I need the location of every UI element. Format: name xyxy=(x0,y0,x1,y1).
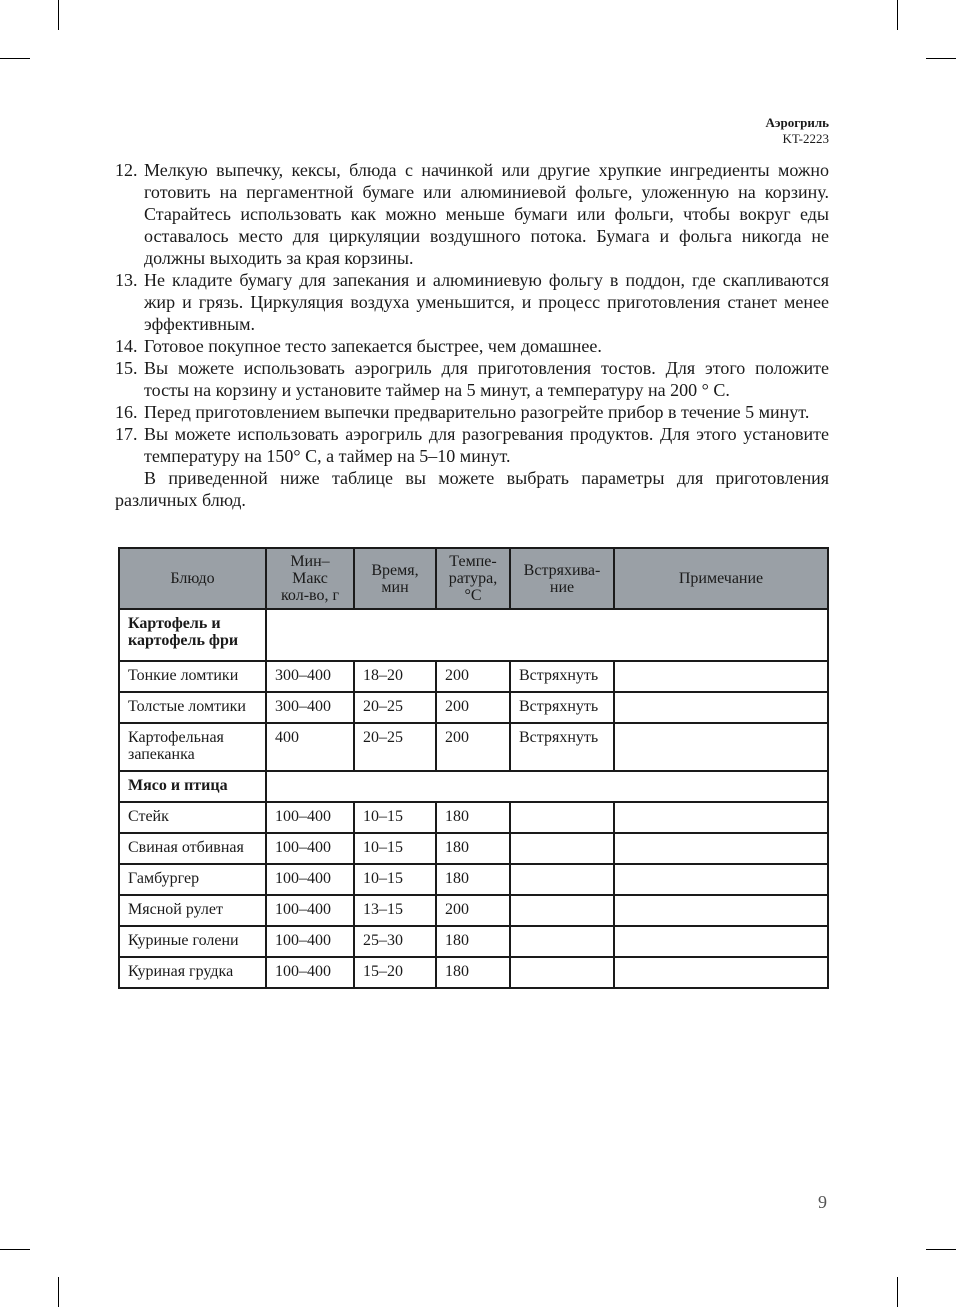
cell-dish: Стейк xyxy=(119,802,266,833)
cell-shake xyxy=(510,895,614,926)
cell-time: 10–15 xyxy=(354,864,436,895)
cell-amount: 100–400 xyxy=(266,926,354,957)
table-row: Толстые ломтики300–40020–25200Встряхнуть xyxy=(119,692,828,723)
table-row: Свиная отбивная100–40010–15180 xyxy=(119,833,828,864)
cell-note xyxy=(614,802,828,833)
crop-mark xyxy=(926,1249,956,1250)
table-row: Стейк100–40010–15180 xyxy=(119,802,828,833)
instruction-text: Готовое покупное тесто запекается быстре… xyxy=(144,336,602,356)
table-row: Тонкие ломтики300–40018–20200Встряхнуть xyxy=(119,661,828,692)
cell-dish: Картофельнаязапеканка xyxy=(119,723,266,771)
cell-note xyxy=(614,957,828,988)
header-amount: Мин–Макскол-во, г xyxy=(266,548,354,609)
crop-mark xyxy=(0,1249,30,1250)
instructions-list: 12.Мелкую выпечку, кексы, блюда с начинк… xyxy=(115,159,829,511)
crop-mark xyxy=(58,1277,59,1307)
instruction-number: 14. xyxy=(115,335,138,357)
intro-paragraph: В приведенной ниже таблице вы можете выб… xyxy=(115,467,829,511)
category-empty-cell xyxy=(266,771,828,802)
cell-time: 20–25 xyxy=(354,723,436,771)
instruction-item: 15.Вы можете использовать аэрогриль для … xyxy=(115,357,829,401)
cell-time: 25–30 xyxy=(354,926,436,957)
cell-time: 10–15 xyxy=(354,802,436,833)
instruction-number: 15. xyxy=(115,357,138,379)
cell-shake xyxy=(510,957,614,988)
cell-dish: Куриные голени xyxy=(119,926,266,957)
instruction-text: Вы можете использовать аэрогриль для раз… xyxy=(144,424,829,466)
crop-mark xyxy=(926,58,956,59)
instruction-text: Мелкую выпечку, кексы, блюда с начинкой … xyxy=(144,160,829,268)
header-model: KT-2223 xyxy=(765,131,829,147)
category-name: Мясо и птица xyxy=(119,771,266,802)
cell-temp: 180 xyxy=(436,957,510,988)
cell-temp: 200 xyxy=(436,692,510,723)
instruction-item: 14.Готовое покупное тесто запекается быс… xyxy=(115,335,829,357)
cell-temp: 200 xyxy=(436,895,510,926)
cell-time: 20–25 xyxy=(354,692,436,723)
header-note: Примечание xyxy=(614,548,828,609)
cell-temp: 200 xyxy=(436,723,510,771)
cell-shake xyxy=(510,833,614,864)
cell-dish: Гамбургер xyxy=(119,864,266,895)
cell-temp: 180 xyxy=(436,833,510,864)
instruction-item: 12.Мелкую выпечку, кексы, блюда с начинк… xyxy=(115,159,829,269)
cell-note xyxy=(614,833,828,864)
crop-mark xyxy=(0,58,30,59)
page-number: 9 xyxy=(818,1192,827,1213)
cell-shake xyxy=(510,926,614,957)
cell-amount: 400 xyxy=(266,723,354,771)
cell-shake: Встряхнуть xyxy=(510,661,614,692)
header-time: Время,мин xyxy=(354,548,436,609)
cell-amount: 100–400 xyxy=(266,802,354,833)
table-row: Куриная грудка100–40015–20180 xyxy=(119,957,828,988)
instruction-item: 16.Перед приготовлением выпечки предвари… xyxy=(115,401,829,423)
category-empty-cell xyxy=(266,609,828,661)
instruction-text: Не кладите бумагу для запекания и алюмин… xyxy=(144,270,829,334)
cell-amount: 100–400 xyxy=(266,895,354,926)
cell-time: 13–15 xyxy=(354,895,436,926)
cell-dish: Куриная грудка xyxy=(119,957,266,988)
category-row: Картофель икартофель фри xyxy=(119,609,828,661)
cell-dish: Мясной рулет xyxy=(119,895,266,926)
cell-amount: 100–400 xyxy=(266,864,354,895)
header-shake: Встряхива-ние xyxy=(510,548,614,609)
instruction-text: Перед приготовлением выпечки предварител… xyxy=(144,402,809,422)
cell-time: 10–15 xyxy=(354,833,436,864)
cell-time: 18–20 xyxy=(354,661,436,692)
cell-note xyxy=(614,661,828,692)
cell-shake: Встряхнуть xyxy=(510,692,614,723)
header-title: Аэрогриль xyxy=(765,115,829,131)
cell-time: 15–20 xyxy=(354,957,436,988)
cooking-table: Блюдо Мин–Макскол-во, г Время,мин Темпе-… xyxy=(118,547,829,989)
cell-temp: 180 xyxy=(436,926,510,957)
cell-note xyxy=(614,723,828,771)
category-row: Мясо и птица xyxy=(119,771,828,802)
cell-dish: Свиная отбивная xyxy=(119,833,266,864)
table-row: Гамбургер100–40010–15180 xyxy=(119,864,828,895)
category-name: Картофель икартофель фри xyxy=(119,609,266,661)
table-header-row: Блюдо Мин–Макскол-во, г Время,мин Темпе-… xyxy=(119,548,828,609)
cell-note xyxy=(614,895,828,926)
header-dish: Блюдо xyxy=(119,548,266,609)
cell-amount: 300–400 xyxy=(266,692,354,723)
cell-temp: 180 xyxy=(436,802,510,833)
crop-mark xyxy=(58,0,59,30)
cell-dish: Толстые ломтики xyxy=(119,692,266,723)
cell-amount: 300–400 xyxy=(266,661,354,692)
cell-shake xyxy=(510,802,614,833)
instruction-number: 16. xyxy=(115,401,138,423)
instruction-item: 17.Вы можете использовать аэрогриль для … xyxy=(115,423,829,467)
table-row: Мясной рулет100–40013–15200 xyxy=(119,895,828,926)
instruction-number: 12. xyxy=(115,159,138,181)
cell-temp: 180 xyxy=(436,864,510,895)
table-row: Картофельнаязапеканка40020–25200Встряхну… xyxy=(119,723,828,771)
cell-note xyxy=(614,926,828,957)
cell-temp: 200 xyxy=(436,661,510,692)
instruction-number: 17. xyxy=(115,423,138,445)
cell-amount: 100–400 xyxy=(266,957,354,988)
cell-shake: Встряхнуть xyxy=(510,723,614,771)
table-row: Куриные голени100–40025–30180 xyxy=(119,926,828,957)
cell-note xyxy=(614,692,828,723)
running-header: Аэрогриль KT-2223 xyxy=(765,115,829,147)
header-temp: Темпе-ратура,°С xyxy=(436,548,510,609)
crop-mark xyxy=(897,1277,898,1307)
crop-mark xyxy=(897,0,898,30)
cell-note xyxy=(614,864,828,895)
instruction-number: 13. xyxy=(115,269,138,291)
cell-dish: Тонкие ломтики xyxy=(119,661,266,692)
instruction-text: Вы можете использовать аэрогриль для при… xyxy=(144,358,829,400)
cell-amount: 100–400 xyxy=(266,833,354,864)
instruction-item: 13.Не кладите бумагу для запекания и алю… xyxy=(115,269,829,335)
cell-shake xyxy=(510,864,614,895)
